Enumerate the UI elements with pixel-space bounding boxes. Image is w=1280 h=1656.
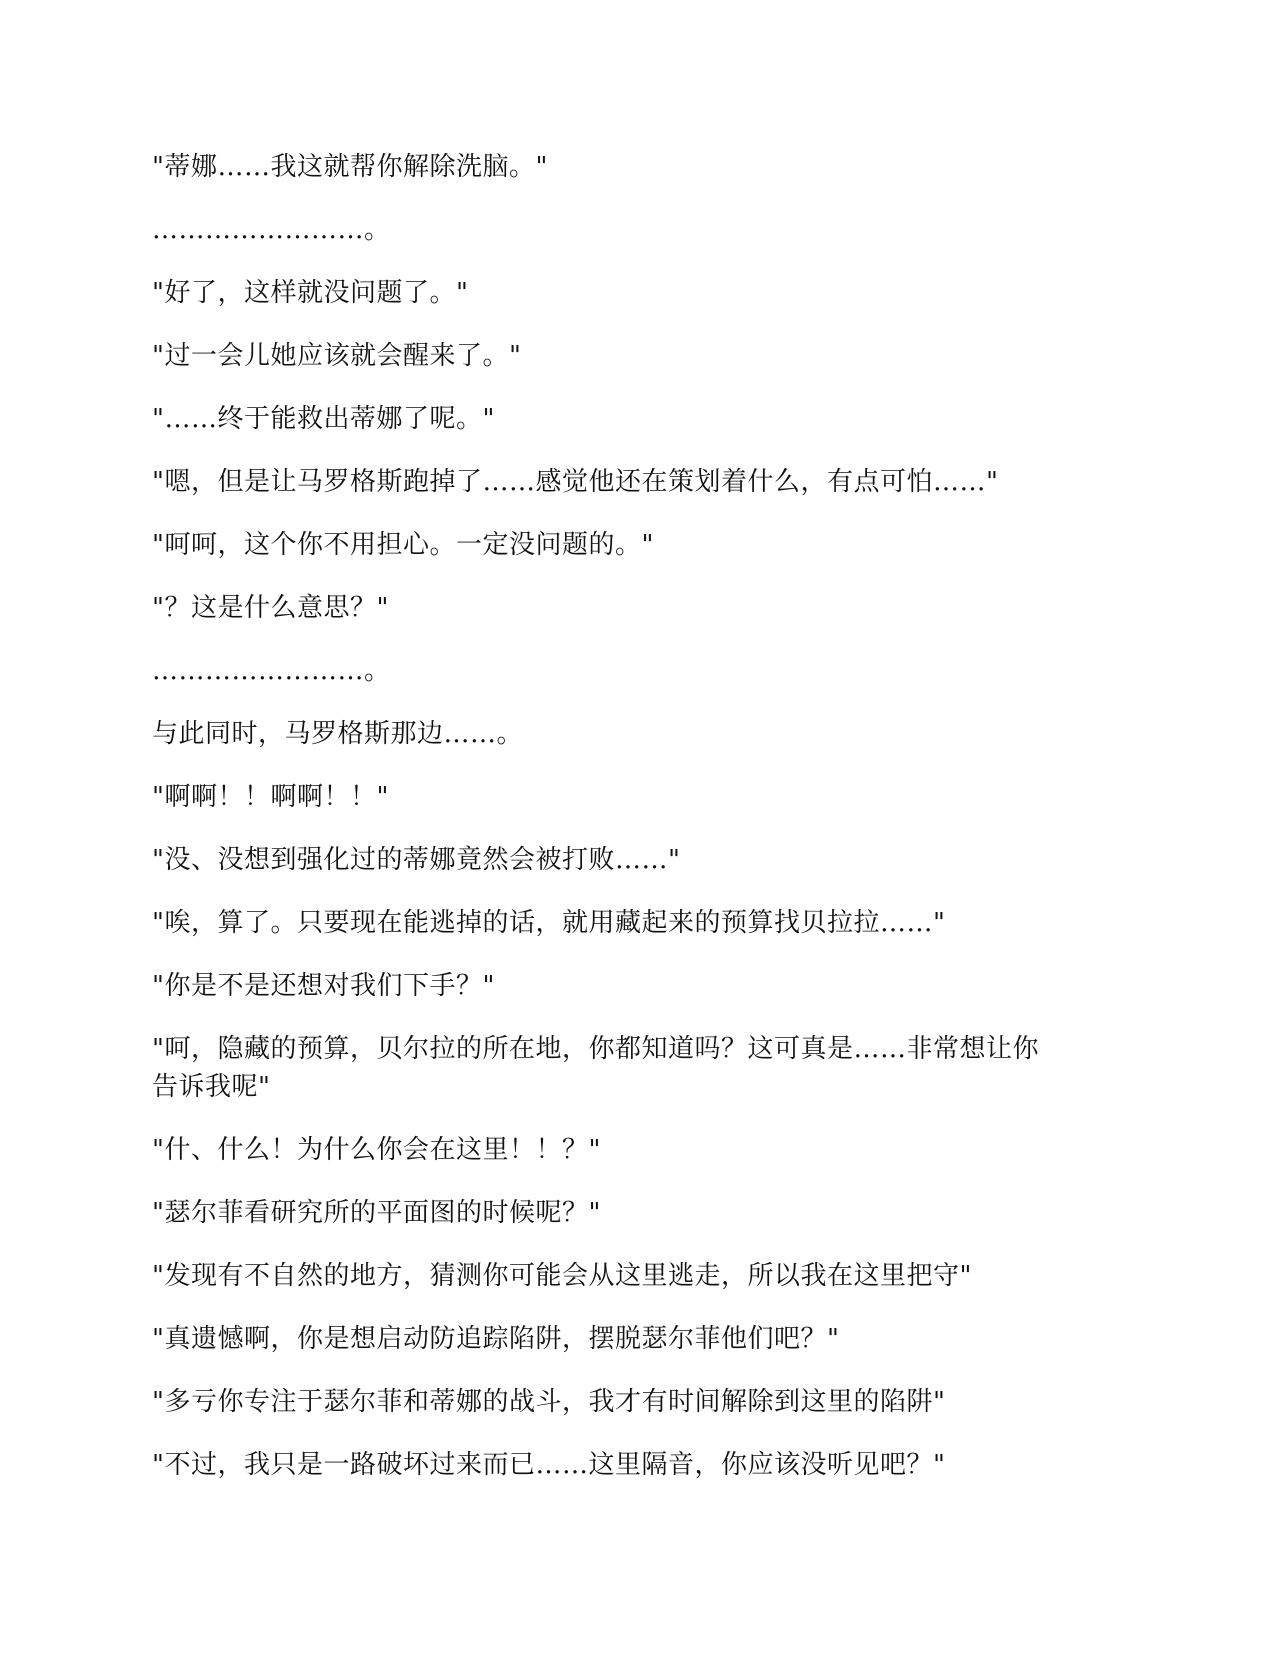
text-line: "不过，我只是一路破坏过来而已……这里隔音，你应该没听见吧？" xyxy=(152,1446,1132,1484)
paragraph-9-scene-break: ……………………。 xyxy=(152,652,1132,690)
paragraph-8: "？这是什么意思？" xyxy=(152,589,1132,627)
paragraph-3: "好了，这样就没问题了。" xyxy=(152,274,1132,312)
text-line: ……………………。 xyxy=(152,652,1132,690)
text-line: "嗯，但是让马罗格斯跑掉了……感觉他还在策划着什么，有点可怕……" xyxy=(152,463,1132,501)
text-line: "？这是什么意思？" xyxy=(152,589,1132,627)
text-line: "啊啊！！啊啊！！" xyxy=(152,778,1132,816)
text-line: "没、没想到强化过的蒂娜竟然会被打败……" xyxy=(152,841,1132,879)
paragraph-7: "呵呵，这个你不用担心。一定没问题的。" xyxy=(152,526,1132,564)
text-line: 与此同时，马罗格斯那边……。 xyxy=(152,715,1132,753)
text-line: "呵，隐藏的预算，贝尔拉的所在地，你都知道吗？这可真是……非常想让你 xyxy=(152,1030,1132,1068)
paragraph-6: "嗯，但是让马罗格斯跑掉了……感觉他还在策划着什么，有点可怕……" xyxy=(152,463,1132,501)
paragraph-14: "你是不是还想对我们下手？" xyxy=(152,967,1132,1005)
text-line: "真遗憾啊，你是想启动防追踪陷阱，摆脱瑟尔菲他们吧？" xyxy=(152,1320,1132,1358)
text-line: "多亏你专注于瑟尔菲和蒂娜的战斗，我才有时间解除到这里的陷阱" xyxy=(152,1383,1132,1421)
paragraph-19: "真遗憾啊，你是想启动防追踪陷阱，摆脱瑟尔菲他们吧？" xyxy=(152,1320,1132,1358)
text-line: "你是不是还想对我们下手？" xyxy=(152,967,1132,1005)
text-line: "蒂娜……我这就帮你解除洗脑。" xyxy=(152,148,1132,186)
text-line: "好了，这样就没问题了。" xyxy=(152,274,1132,312)
paragraph-16: "什、什么！为什么你会在这里！！？" xyxy=(152,1131,1132,1169)
text-line: "唉，算了。只要现在能逃掉的话，就用藏起来的预算找贝拉拉……" xyxy=(152,904,1132,942)
paragraph-18: "发现有不自然的地方，猜测你可能会从这里逃走，所以我在这里把守" xyxy=(152,1257,1132,1295)
paragraph-15: "呵，隐藏的预算，贝尔拉的所在地，你都知道吗？这可真是……非常想让你告诉我呢" xyxy=(152,1030,1132,1106)
paragraph-10-narration: 与此同时，马罗格斯那边……。 xyxy=(152,715,1132,753)
paragraph-13: "唉，算了。只要现在能逃掉的话，就用藏起来的预算找贝拉拉……" xyxy=(152,904,1132,942)
text-line: "呵呵，这个你不用担心。一定没问题的。" xyxy=(152,526,1132,564)
text-line: "发现有不自然的地方，猜测你可能会从这里逃走，所以我在这里把守" xyxy=(152,1257,1132,1295)
text-line: "什、什么！为什么你会在这里！！？" xyxy=(152,1131,1132,1169)
paragraph-11: "啊啊！！啊啊！！" xyxy=(152,778,1132,816)
paragraph-17: "瑟尔菲看研究所的平面图的时候呢？" xyxy=(152,1194,1132,1232)
paragraph-1: "蒂娜……我这就帮你解除洗脑。" xyxy=(152,148,1132,186)
paragraph-20: "多亏你专注于瑟尔菲和蒂娜的战斗，我才有时间解除到这里的陷阱" xyxy=(152,1383,1132,1421)
paragraph-2-scene-break: ……………………。 xyxy=(152,211,1132,249)
text-line: ……………………。 xyxy=(152,211,1132,249)
text-line: "……终于能救出蒂娜了呢。" xyxy=(152,400,1132,438)
paragraph-12: "没、没想到强化过的蒂娜竟然会被打败……" xyxy=(152,841,1132,879)
text-line: "过一会儿她应该就会醒来了。" xyxy=(152,337,1132,375)
text-line-continued: 告诉我呢" xyxy=(152,1068,1132,1106)
text-line: "瑟尔菲看研究所的平面图的时候呢？" xyxy=(152,1194,1132,1232)
document-page: "蒂娜……我这就帮你解除洗脑。" ……………………。 "好了，这样就没问题了。"… xyxy=(152,148,1132,1509)
paragraph-5: "……终于能救出蒂娜了呢。" xyxy=(152,400,1132,438)
paragraph-21: "不过，我只是一路破坏过来而已……这里隔音，你应该没听见吧？" xyxy=(152,1446,1132,1484)
paragraph-4: "过一会儿她应该就会醒来了。" xyxy=(152,337,1132,375)
